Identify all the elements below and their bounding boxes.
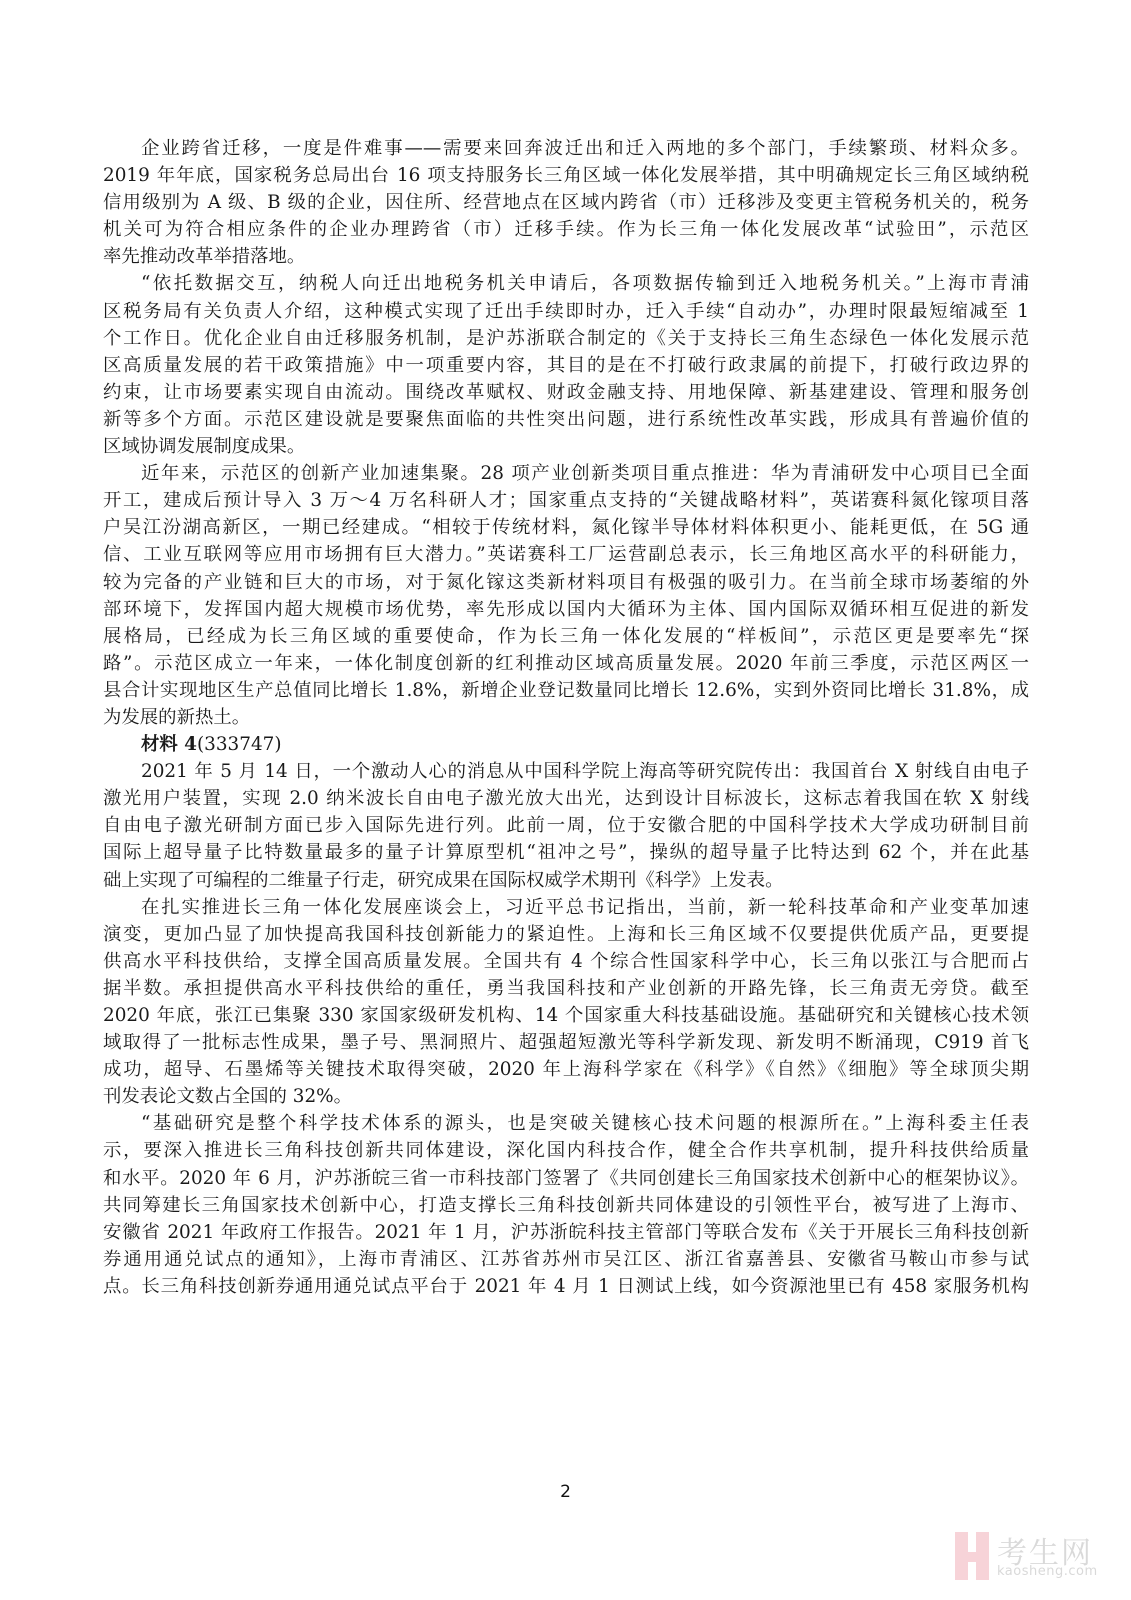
text-line: 近年来，示范区的创新产业加速集聚。28 项产业创新类项目重点推进：华为青浦研发中… [103,460,1029,487]
text-line: 激光用户装置，实现 2.0 纳米波长自由电子激光放大出光，达到设计目标波长，这标… [103,785,1029,812]
text-line: 2020 年底，张江已集聚 330 家国家级研发机构、14 个国家重大科技基础设… [103,1002,1029,1029]
text-line: 点。长三角科技创新券通用通兑试点平台于 2021 年 4 月 1 日测试上线，如… [103,1273,1029,1300]
text-line: 信、工业互联网等应用市场拥有巨大潜力。”英诺赛科工厂运营副总表示，长三角地区高水… [103,541,1029,568]
text-line: 企业跨省迁移，一度是件难事——需要来回奔波迁出和迁入两地的多个部门，手续繁琐、材… [103,135,1029,162]
text-line: 自由电子激光研制方面已步入国际先进行列。此前一周，位于安徽合肥的中国科学技术大学… [103,812,1029,839]
text-line: 机关可为符合相应条件的企业办理跨省（市）迁移手续。作为长三角一体化发展改革“试验… [103,216,1029,243]
document-page: 企业跨省迁移，一度是件难事——需要来回奔波迁出和迁入两地的多个部门，手续繁琐、材… [103,135,1029,1300]
text-line: 成功，超导、石墨烯等关键技术取得突破，2020 年上海科学家在《科学》《自然》《… [103,1056,1029,1083]
paragraph: 2021 年 5 月 14 日，一个激动人心的消息从中国科学院上海高等研究院传出… [103,758,1029,893]
text-line: 区域协调发展制度成果。 [103,433,1029,460]
section-code: (333747) [197,734,282,755]
text-line: 区税务局有关负责人介绍，这种模式实现了迁出手续即时办，迁入手续“自动办”，办理时… [103,298,1029,325]
text-line: 共同筹建长三角国家技术创新中心，打造支撑长三角科技创新共同体建设的引领性平台，被… [103,1192,1029,1219]
text-line: 国际上超导量子比特数量最多的量子计算原型机“祖冲之号”，操纵的超导量子比特达到 … [103,839,1029,866]
text-line: 为发展的新热土。 [103,704,1029,731]
text-line: 2019 年年底，国家税务总局出台 16 项支持服务长三角区域一体化发展举措，其… [103,162,1029,189]
text-line: 域取得了一批标志性成果，墨子号、黑洞照片、超强超短激光等科学新发现、新发明不断涌… [103,1029,1029,1056]
text-line: 约束，让市场要素实现自由流动。围绕改革赋权、财政金融支持、用地保障、新基建建设、… [103,379,1029,406]
text-line: 个工作日。优化企业自由迁移服务机制，是沪苏浙联合制定的《关于支持长三角生态绿色一… [103,325,1029,352]
text-line: 区高质量发展的若干政策措施》中一项重要内容，其目的是在不打破行政隶属的前提下，打… [103,352,1029,379]
text-line: 县合计实现地区生产总值同比增长 1.8%，新增企业登记数量同比增长 12.6%，… [103,677,1029,704]
text-line: 示，要深入推进长三角科技创新共同体建设，深化国内科技合作，健全合作共享机制，提升… [103,1137,1029,1164]
text-line: 信用级别为 A 级、B 级的企业，因住所、经营地点在区域内跨省（市）迁移涉及变更… [103,189,1029,216]
watermark: 考生网 kaosheng.com [955,1528,1125,1586]
paragraph: 在扎实推进长三角一体化发展座谈会上，习近平总书记指出，当前，新一轮科技革命和产业… [103,894,1029,1111]
text-line: 刊发表论文数占全国的 32%。 [103,1083,1029,1110]
text-line: 率先推动改革举措落地。 [103,243,1029,270]
text-line: 安徽省 2021 年政府工作报告。2021 年 1 月，沪苏浙皖科技主管部门等联… [103,1219,1029,1246]
text-line: 础上实现了可编程的二维量子行走，研究成果在国际权威学术期刊《科学》上发表。 [103,867,1029,894]
text-line: 展格局，已经成为长三角区域的重要使命，作为长三角一体化发展的“样板间”，示范区更… [103,623,1029,650]
section-title: 材料 4 [141,734,197,755]
text-line: 在扎实推进长三角一体化发展座谈会上，习近平总书记指出，当前，新一轮科技革命和产业… [103,894,1029,921]
text-line: 2021 年 5 月 14 日，一个激动人心的消息从中国科学院上海高等研究院传出… [103,758,1029,785]
paragraph: 近年来，示范区的创新产业加速集聚。28 项产业创新类项目重点推进：华为青浦研发中… [103,460,1029,731]
paragraph: 企业跨省迁移，一度是件难事——需要来回奔波迁出和迁入两地的多个部门，手续繁琐、材… [103,135,1029,270]
text-line: “基础研究是整个科学技术体系的源头，也是突破关键核心技术问题的根源所在。”上海科… [103,1110,1029,1137]
text-line: 较为完备的产业链和巨大的市场，对于氮化镓这类新材料项目有极强的吸引力。在当前全球… [103,569,1029,596]
page-number: 2 [0,1482,1131,1502]
text-line: 据半数。承担提供高水平科技供给的重任，勇当我国科技和产业创新的开路先锋，长三角责… [103,975,1029,1002]
text-line: 户吴江汾湖高新区，一期已经建成。“相较于传统材料，氮化镓半导体材料体积更小、能耗… [103,514,1029,541]
text-line: 供高水平科技供给，支撑全国高质量发展。全国共有 4 个综合性国家科学中心，长三角… [103,948,1029,975]
watermark-url: kaosheng.com [997,1564,1098,1579]
section-heading: 材料 4(333747) [103,731,1029,758]
text-line: 开工，建成后预计导入 3 万～4 万名科研人才；国家重点支持的“关键战略材料”，… [103,487,1029,514]
text-line: 部环境下，发挥国内超大规模市场优势，率先形成以国内大循环为主体、国内国际双循环相… [103,596,1029,623]
text-line: 和水平。2020 年 6 月，沪苏浙皖三省一市科技部门签署了《共同创建长三角国家… [103,1165,1029,1192]
text-line: 新等多个方面。示范区建设就是要聚焦面临的共性突出问题，进行系统性改革实践，形成具… [103,406,1029,433]
text-line: 券通用通兑试点的通知》，上海市青浦区、江苏省苏州市吴江区、浙江省嘉善县、安徽省马… [103,1246,1029,1273]
text-line: “依托数据交互，纳税人向迁出地税务机关申请后，各项数据传输到迁入地税务机关。”上… [103,270,1029,297]
text-line: 路”。示范区成立一年来，一体化制度创新的红利推动区域高质量发展。2020 年前三… [103,650,1029,677]
watermark-logo-icon [955,1532,989,1580]
paragraph: “依托数据交互，纳税人向迁出地税务机关申请后，各项数据传输到迁入地税务机关。”上… [103,270,1029,460]
paragraph: “基础研究是整个科学技术体系的源头，也是突破关键核心技术问题的根源所在。”上海科… [103,1110,1029,1300]
text-line: 演变，更加凸显了加快提高我国科技创新能力的紧迫性。上海和长三角区域不仅要提供优质… [103,921,1029,948]
